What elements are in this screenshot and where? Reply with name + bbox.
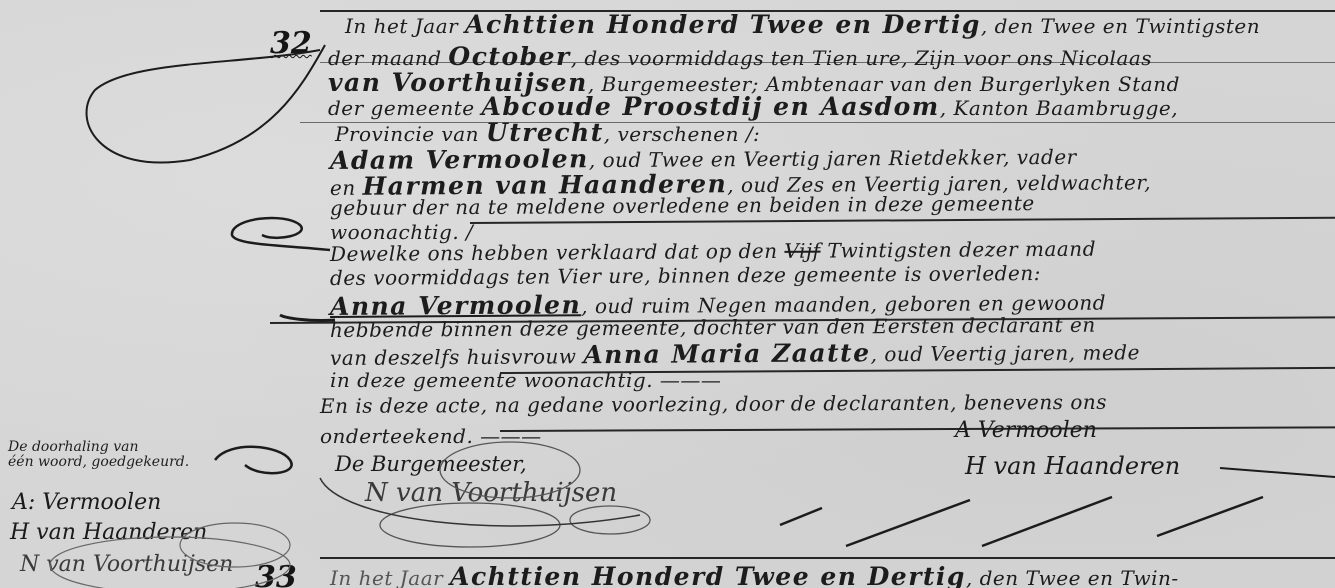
line-text: der gemeente — [328, 96, 481, 120]
line-text: Twintigsten dezer maand — [820, 237, 1096, 263]
mayor-signature: N van Voorthuijsen — [365, 478, 617, 508]
declarant-signature-1: A Vermoolen — [955, 418, 1097, 443]
line-emphasis: Achttien Honderd Twee en Dertig — [465, 10, 981, 39]
line-text: onderteekend. ——— — [320, 424, 542, 448]
margin-signature-2: H van Haanderen — [10, 520, 207, 545]
line-text: der maand — [328, 46, 448, 70]
struck-word: Vijf — [784, 239, 820, 263]
mayor-caption: De Burgemeester, — [335, 452, 527, 476]
record-line: gebuur der na te meldene overledene en b… — [330, 191, 1035, 220]
line-text: , Kanton Baambrugge, — [940, 96, 1178, 120]
record-line: in deze gemeente woonachtig. ——— — [330, 368, 721, 392]
line-text: deze gemeente is overleden: — [737, 261, 1041, 287]
record-line: des voormiddags ten Vier ure, binnen dez… — [330, 261, 1041, 290]
record-line: der maand October, des voormiddags ten T… — [328, 42, 1152, 71]
line-text: In het Jaar — [330, 566, 450, 588]
line-text: in deze gemeente woonachtig. ——— — [330, 368, 721, 392]
document-page: 32 In het Jaar Achttien Honderd Twee en … — [0, 0, 1335, 588]
record-number-33: 33 — [255, 560, 297, 588]
margin-note: De doorhaling van één woord, goedgekeurd… — [8, 440, 189, 470]
line-text: In het Jaar — [345, 14, 465, 38]
record-33-first-line: In het Jaar Achttien Honderd Twee en Der… — [330, 562, 1179, 588]
line-text: , den Twee en Twintigsten — [981, 14, 1260, 38]
rule — [500, 426, 1335, 432]
rule-separator — [320, 557, 1335, 559]
line-text: gebuur der na te meldene overledene en b… — [330, 191, 1035, 220]
line-text: Dewelke ons hebben verklaard dat op den — [330, 239, 785, 266]
record-line: der gemeente Abcoude Proostdij en Aasdom… — [328, 92, 1178, 121]
margin-note-line: één woord, goedgekeurd. — [8, 455, 189, 470]
line-emphasis: Utrecht — [486, 118, 604, 147]
line-text: , oud Veertig jaren, mede — [871, 340, 1140, 366]
record-line: onderteekend. ——— — [320, 424, 542, 448]
declarant-signature-2: H van Haanderen — [965, 452, 1180, 480]
line-text: , des voormiddags ten Tien ure, Zijn voo… — [571, 46, 1152, 70]
record-number: 32 — [270, 26, 312, 61]
margin-note-line: De doorhaling van — [8, 440, 189, 455]
line-text: Provincie van — [335, 122, 486, 146]
line-emphasis: Abcoude Proostdij en Aasdom — [481, 92, 939, 121]
record-line: En is deze acte, na gedane voorlezing, d… — [320, 390, 1107, 418]
line-emphasis: Achttien Honderd Twee en Dertig — [450, 562, 966, 588]
line-text: En is deze acte, na gedane voorlezing, d… — [320, 390, 1107, 418]
mother-name: Anna Maria Zaatte — [583, 338, 870, 369]
line-text: des voormiddags ten Vier ure, binnen — [330, 263, 738, 290]
line-text: van deszelfs huisvrouw — [330, 344, 584, 370]
record-line: van deszelfs huisvrouw Anna Maria Zaatte… — [330, 336, 1140, 371]
record-line: In het Jaar Achttien Honderd Twee en Der… — [345, 10, 1260, 39]
line-emphasis: October — [448, 42, 570, 71]
margin-signature-3: N van Voorthuijsen — [20, 552, 233, 577]
line-text: , den Twee en Twin- — [966, 566, 1179, 588]
margin-signature-1: A: Vermoolen — [12, 490, 161, 515]
